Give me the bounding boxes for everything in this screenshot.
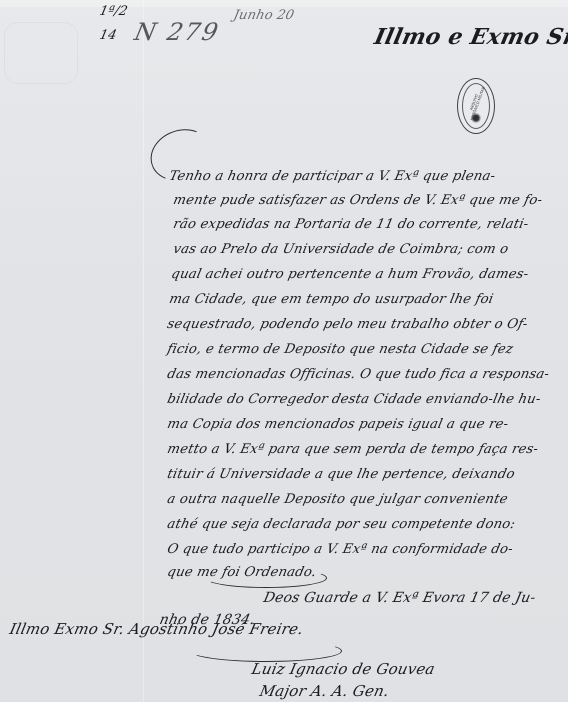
body-line: mente pude satisfazer as Ordens de V. Ex… xyxy=(172,194,543,207)
body-line: ma Cidade, que em tempo do usurpador lhe… xyxy=(168,293,495,306)
catalog-number: N 279 xyxy=(132,18,222,46)
body-line: tituir á Universidade a que lhe pertence… xyxy=(166,468,516,481)
addressee: Illmo Exmo Sr. Agostinho José Freire. xyxy=(8,620,305,638)
reference-top: 1ª/2 xyxy=(98,4,129,19)
salutation: Illmo e Exmo Snr xyxy=(372,24,568,50)
signature-name: Luiz Ignacio de Gouvea xyxy=(250,660,437,678)
body-line: ficio, e termo de Deposito que nesta Cid… xyxy=(166,343,514,356)
body-line: Tenho a honra de participar a V. Exª que… xyxy=(168,170,497,183)
body-line: vas ao Prelo da Universidade de Coimbra;… xyxy=(172,243,510,256)
signature-flourish-icon xyxy=(190,640,342,662)
page-top-edge xyxy=(0,0,568,7)
archive-stamp-icon: ARQUIVO HISTÓRICO MILITAR xyxy=(457,78,495,134)
body-line: rão expedidas na Portaria de 11 do corre… xyxy=(172,218,530,231)
body-line: ma Copia dos mencionados papeis igual a … xyxy=(166,418,510,431)
closing-line: Deos Guarde a V. Exª Evora 17 de Ju- xyxy=(262,590,537,606)
paper-watermark xyxy=(4,22,78,84)
body-line: a outra naquelle Deposito que julgar con… xyxy=(166,493,509,506)
body-line: athé que seja declarada por seu competen… xyxy=(166,518,516,531)
closing-flourish-icon xyxy=(205,568,327,588)
stamp-emblem-icon xyxy=(469,113,483,123)
body-line: bilidade do Corregedor desta Cidade envi… xyxy=(166,393,542,406)
pencil-date: Junho 20 xyxy=(232,8,296,23)
body-line: O que tudo participo a V. Exª na conform… xyxy=(166,543,514,556)
body-line: sequestrado, podendo pelo meu trabalho o… xyxy=(166,318,529,331)
reference-bottom: 14 xyxy=(98,28,118,43)
paper-fold-line xyxy=(143,0,144,702)
body-line: metto a V. Exª para que sem perda de tem… xyxy=(166,443,539,456)
body-line: das mencionadas Officinas. O que tudo fi… xyxy=(166,368,550,381)
manuscript-page: 1ª/2 14 N 279 Junho 20 Illmo e Exmo Snr … xyxy=(0,0,568,702)
signature-title: Major A. A. Gen. xyxy=(258,682,391,700)
body-line: qual achei outro pertencente a hum Frovã… xyxy=(170,268,530,281)
